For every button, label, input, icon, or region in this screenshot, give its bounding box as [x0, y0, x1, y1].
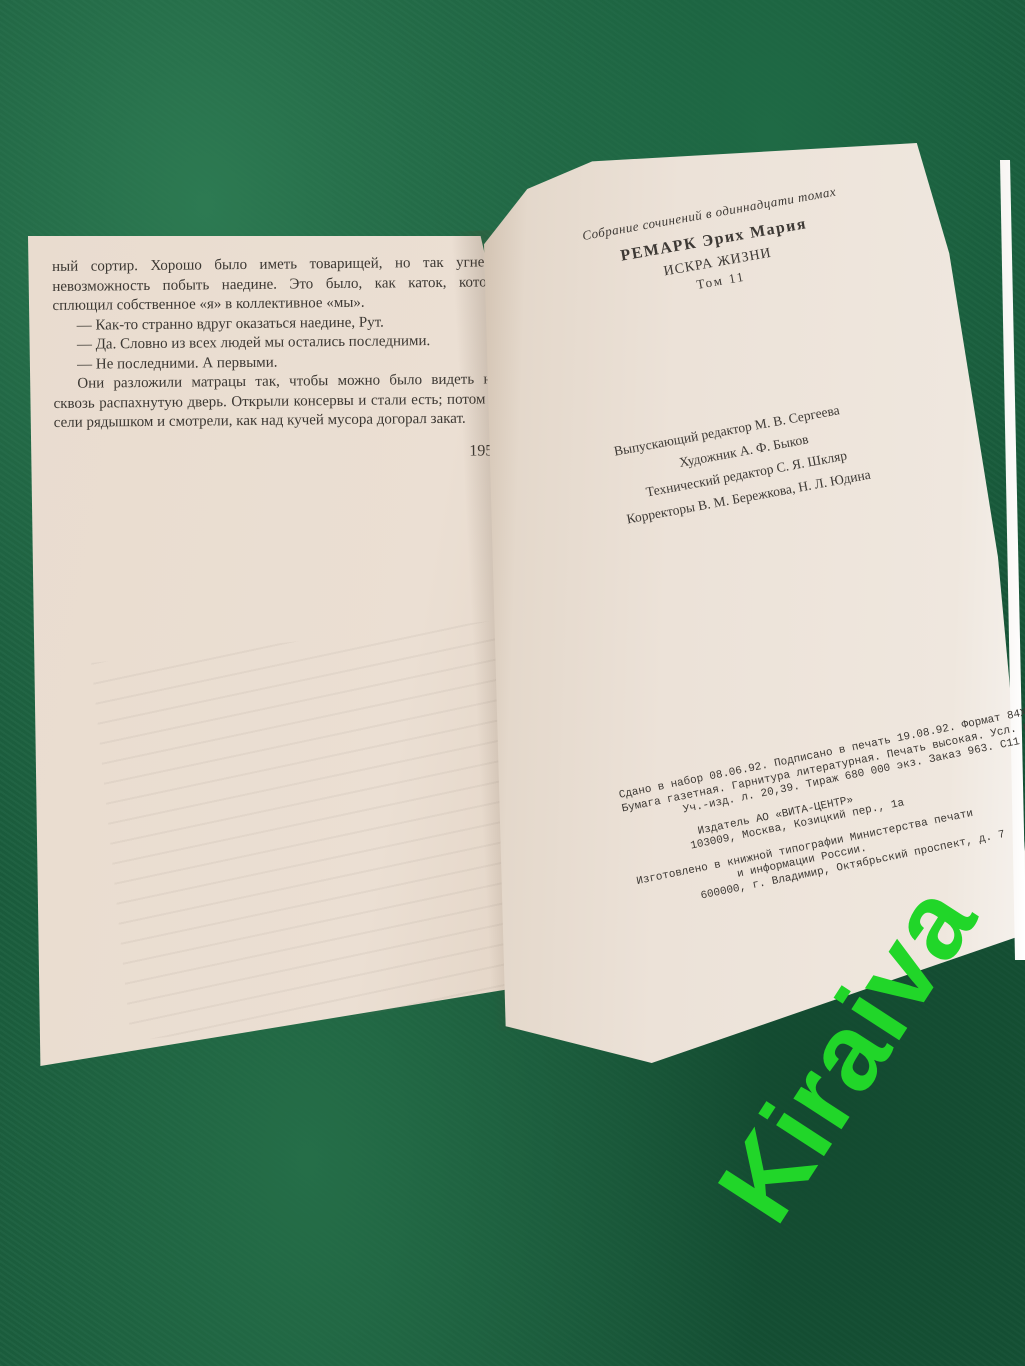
left-page-text: ный сортир. Хорошо было иметь товарищей,…	[52, 253, 514, 465]
paragraph: Они разложили матрацы так, чтобы можно б…	[53, 370, 514, 433]
paragraph: ный сортир. Хорошо было иметь товарищей,…	[52, 253, 513, 316]
